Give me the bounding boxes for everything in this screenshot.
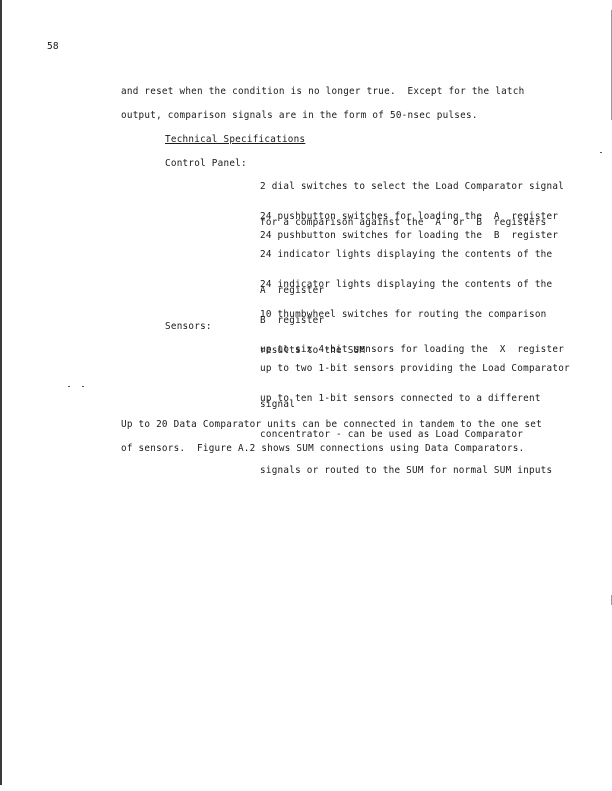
spec-item-line: signals or routed to the SUM for normal … bbox=[260, 465, 552, 477]
body-text-line: Up to 20 Data Comparator units can be co… bbox=[121, 419, 542, 430]
spec-label-sensors: Sensors: bbox=[165, 321, 212, 332]
spec-label-control-panel: Control Panel: bbox=[165, 158, 247, 169]
page-number: 58 bbox=[47, 41, 59, 52]
section-heading: Technical Specifications bbox=[165, 134, 305, 145]
scan-edge-left bbox=[0, 0, 2, 785]
body-text-line: of sensors. Figure A.2 shows SUM connect… bbox=[121, 443, 524, 454]
scan-speck bbox=[68, 386, 70, 387]
scan-speck bbox=[600, 152, 602, 153]
spec-item-line: concentrator - can be used as Load Compa… bbox=[260, 429, 552, 441]
body-text-line: and reset when the condition is no longe… bbox=[121, 86, 524, 97]
scan-speck bbox=[82, 386, 84, 387]
spec-item-line: up to ten 1-bit sensors connected to a d… bbox=[260, 393, 552, 405]
body-text-line: output, comparison signals are in the fo… bbox=[121, 110, 478, 121]
